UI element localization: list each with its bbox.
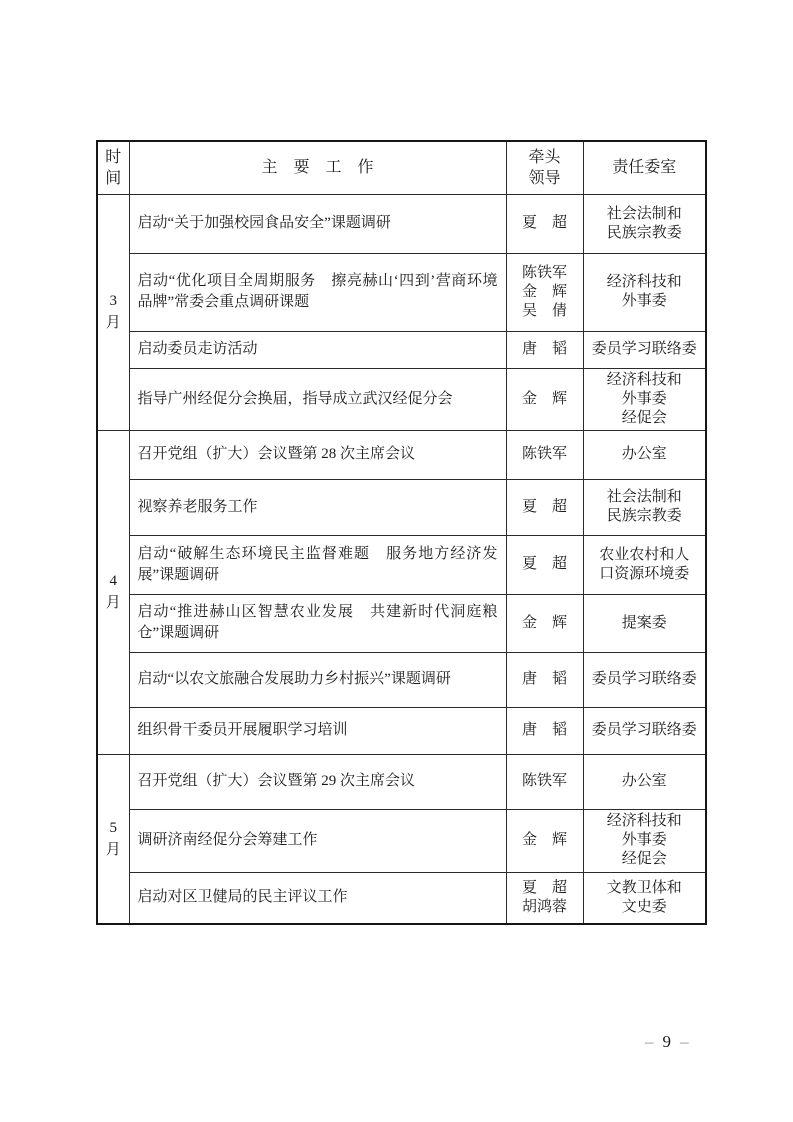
committee-cell: 办公室 — [583, 430, 706, 479]
month-cell-april: 4 月 — [97, 430, 129, 754]
header-main-work: 主 要 工 作 — [129, 141, 506, 194]
work-cell: 召开党组（扩大）会议暨第 29 次主席会议 — [129, 754, 506, 809]
page-number: – 9 – — [645, 1031, 689, 1053]
committee-cell: 委员学习联络委 — [583, 652, 706, 707]
work-cell: 启动“破解生态环境民主监督难题 服务地方经济发展”课题调研 — [129, 535, 506, 594]
leader-cell: 金 辉 — [506, 594, 583, 652]
committee-cell: 办公室 — [583, 754, 706, 809]
leader-cell: 唐 韬 — [506, 707, 583, 754]
leader-cell: 夏 超 胡鸿蓉 — [506, 872, 583, 924]
document-page: 时 间 主 要 工 作 牵头 领导 责任委室 3 月 启动“关于加强校园食品安全… — [0, 0, 793, 1122]
page-number-dash-right: – — [680, 1031, 689, 1053]
header-responsible-committee: 责任委室 — [583, 141, 706, 194]
header-lead-leader: 牵头 领导 — [506, 141, 583, 194]
page-number-value: 9 — [663, 1031, 672, 1053]
table-row: 4 月 召开党组（扩大）会议暨第 28 次主席会议 陈铁军 办公室 — [97, 430, 706, 479]
month-cell-march: 3 月 — [97, 194, 129, 430]
table-row: 启动“以农文旅融合发展助力乡村振兴”课题调研 唐 韬 委员学习联络委 — [97, 652, 706, 707]
table-row: 启动“优化项目全周期服务 擦亮赫山‘四到’营商环境品牌”常委会重点调研课题 陈铁… — [97, 253, 706, 331]
committee-cell: 委员学习联络委 — [583, 707, 706, 754]
work-cell: 启动“优化项目全周期服务 擦亮赫山‘四到’营商环境品牌”常委会重点调研课题 — [129, 253, 506, 331]
table-row: 组织骨干委员开展履职学习培训 唐 韬 委员学习联络委 — [97, 707, 706, 754]
leader-cell: 金 辉 — [506, 809, 583, 872]
work-cell: 组织骨干委员开展履职学习培训 — [129, 707, 506, 754]
leader-cell: 金 辉 — [506, 368, 583, 430]
table-row: 视察养老服务工作 夏 超 社会法制和 民族宗教委 — [97, 479, 706, 535]
month-cell-may: 5 月 — [97, 754, 129, 924]
table-row: 启动委员走访活动 唐 韬 委员学习联络委 — [97, 331, 706, 368]
table-row: 启动“推进赫山区智慧农业发展 共建新时代洞庭粮仓”课题调研 金 辉 提案委 — [97, 594, 706, 652]
committee-cell: 委员学习联络委 — [583, 331, 706, 368]
work-cell: 启动对区卫健局的民主评议工作 — [129, 872, 506, 924]
header-row: 时 间 主 要 工 作 牵头 领导 责任委室 — [97, 141, 706, 194]
leader-cell: 陈铁军 金 辉 吴 倩 — [506, 253, 583, 331]
table-row: 调研济南经促分会筹建工作 金 辉 经济科技和 外事委 经促会 — [97, 809, 706, 872]
header-time: 时 间 — [97, 141, 129, 194]
committee-cell: 经济科技和 外事委 经促会 — [583, 809, 706, 872]
committee-cell: 农业农村和人 口资源环境委 — [583, 535, 706, 594]
work-cell: 启动委员走访活动 — [129, 331, 506, 368]
leader-cell: 陈铁军 — [506, 430, 583, 479]
leader-cell: 夏 超 — [506, 479, 583, 535]
work-cell: 启动“关于加强校园食品安全”课题调研 — [129, 194, 506, 253]
table-row: 5 月 召开党组（扩大）会议暨第 29 次主席会议 陈铁军 办公室 — [97, 754, 706, 809]
committee-cell: 文教卫体和 文史委 — [583, 872, 706, 924]
leader-cell: 夏 超 — [506, 194, 583, 253]
work-cell: 调研济南经促分会筹建工作 — [129, 809, 506, 872]
work-cell: 启动“推进赫山区智慧农业发展 共建新时代洞庭粮仓”课题调研 — [129, 594, 506, 652]
work-cell: 视察养老服务工作 — [129, 479, 506, 535]
table-row: 3 月 启动“关于加强校园食品安全”课题调研 夏 超 社会法制和 民族宗教委 — [97, 194, 706, 253]
page-number-dash-left: – — [645, 1031, 654, 1053]
committee-cell: 提案委 — [583, 594, 706, 652]
table-row: 启动“破解生态环境民主监督难题 服务地方经济发展”课题调研 夏 超 农业农村和人… — [97, 535, 706, 594]
work-cell: 指导广州经促分会换届，指导成立武汉经促分会 — [129, 368, 506, 430]
work-cell: 召开党组（扩大）会议暨第 28 次主席会议 — [129, 430, 506, 479]
leader-cell: 夏 超 — [506, 535, 583, 594]
committee-cell: 社会法制和 民族宗教委 — [583, 479, 706, 535]
committee-cell: 经济科技和 外事委 — [583, 253, 706, 331]
committee-cell: 经济科技和 外事委 经促会 — [583, 368, 706, 430]
work-schedule-table: 时 间 主 要 工 作 牵头 领导 责任委室 3 月 启动“关于加强校园食品安全… — [96, 140, 707, 925]
table-row: 指导广州经促分会换届，指导成立武汉经促分会 金 辉 经济科技和 外事委 经促会 — [97, 368, 706, 430]
committee-cell: 社会法制和 民族宗教委 — [583, 194, 706, 253]
table-row: 启动对区卫健局的民主评议工作 夏 超 胡鸿蓉 文教卫体和 文史委 — [97, 872, 706, 924]
leader-cell: 唐 韬 — [506, 331, 583, 368]
leader-cell: 陈铁军 — [506, 754, 583, 809]
leader-cell: 唐 韬 — [506, 652, 583, 707]
work-cell: 启动“以农文旅融合发展助力乡村振兴”课题调研 — [129, 652, 506, 707]
